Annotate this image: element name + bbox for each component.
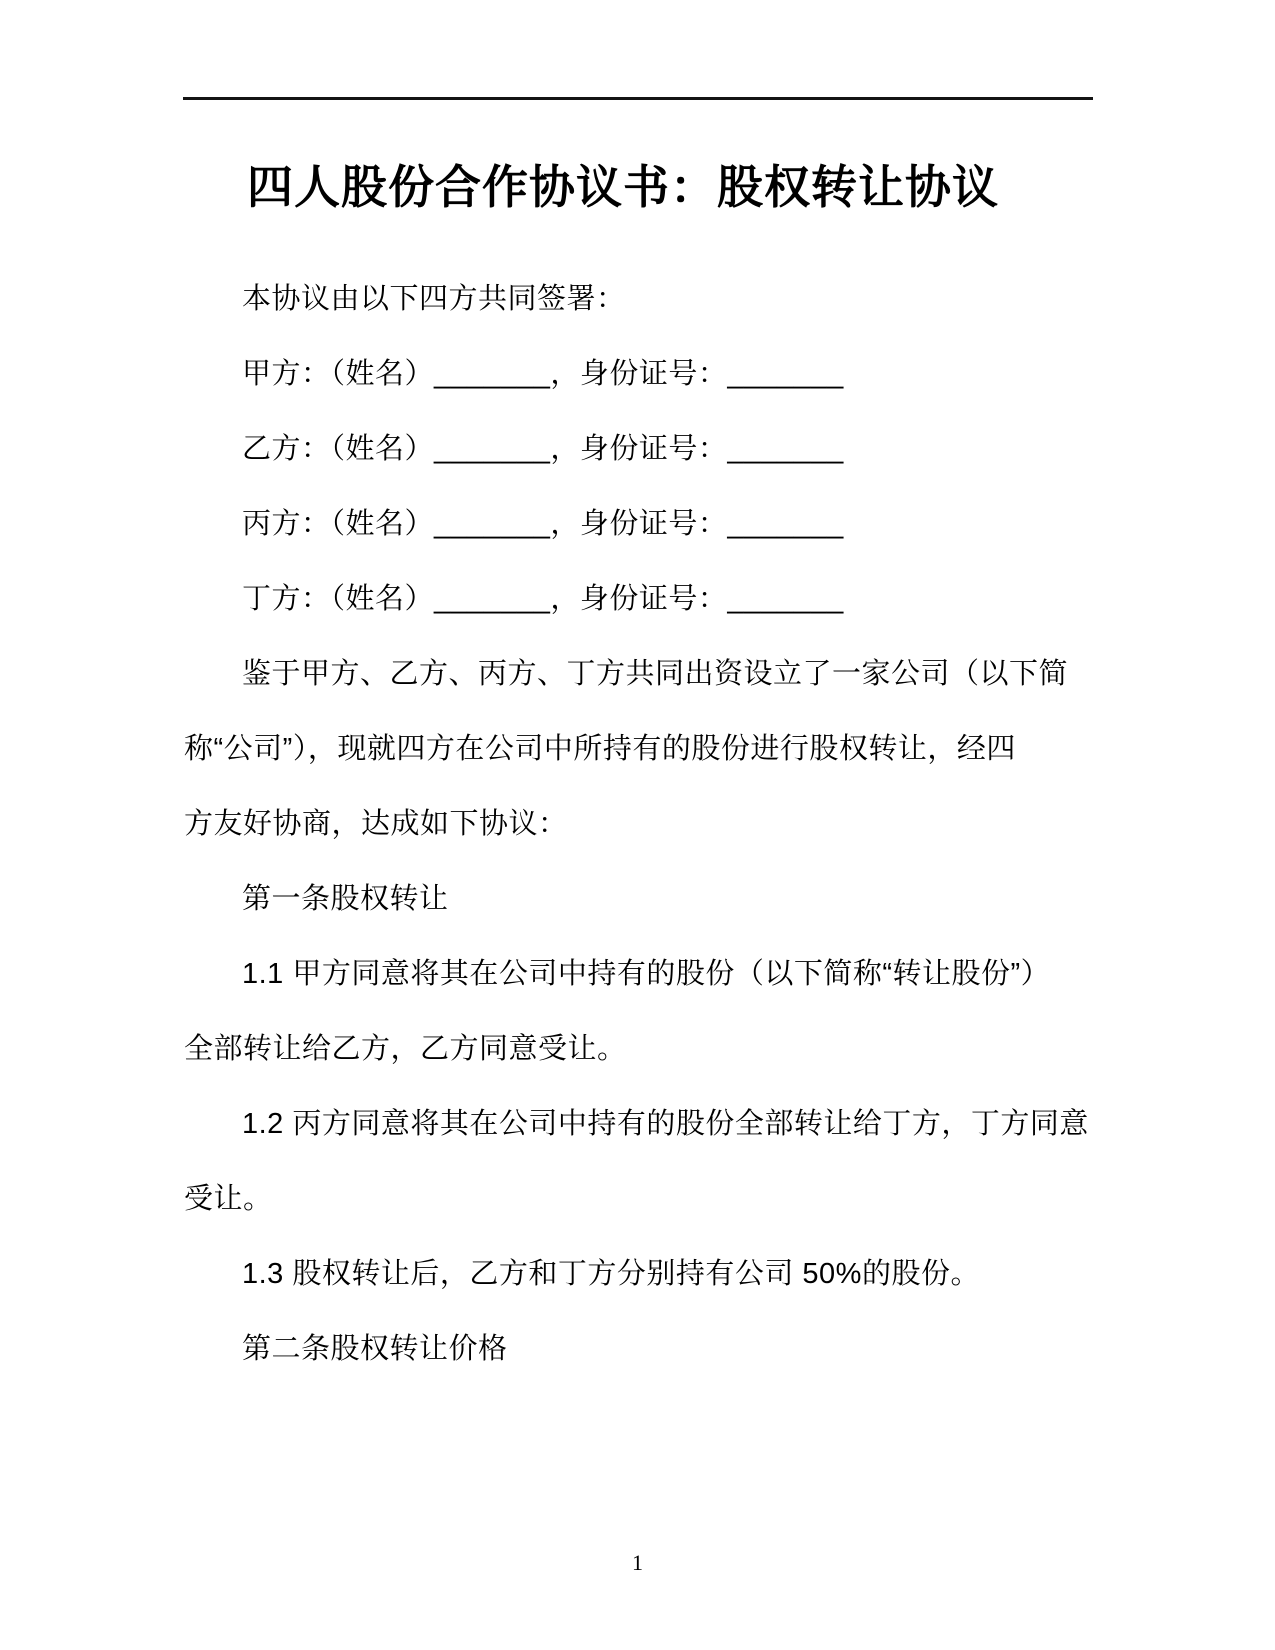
document-line: 受让。	[184, 1162, 1062, 1237]
document-line: 1.3 股权转让后，乙方和丁方分别持有公司 50%的股份。	[184, 1237, 1062, 1312]
document-line: 丁方：（姓名）_______，身份证号：_______	[184, 562, 1062, 637]
document-line: 称“公司”），现就四方在公司中所持有的股份进行股权转让，经四	[184, 712, 1062, 787]
document-line: 丙方：（姓名）_______，身份证号：_______	[184, 487, 1062, 562]
document-line: 第一条股权转让	[184, 862, 1062, 937]
document-line: 1.1 甲方同意将其在公司中持有的股份（以下简称“转让股份”）	[184, 937, 1062, 1012]
document-line: 第二条股权转让价格	[184, 1312, 1062, 1387]
document-line: 乙方：（姓名）_______，身份证号：_______	[184, 412, 1062, 487]
document-line: 本协议由以下四方共同签署：	[184, 262, 1062, 337]
document-line: 鉴于甲方、乙方、丙方、丁方共同出资设立了一家公司（以下简	[184, 637, 1062, 712]
document-line: 甲方：（姓名）_______，身份证号：_______	[184, 337, 1062, 412]
document-body: 本协议由以下四方共同签署：甲方：（姓名）_______，身份证号：_______…	[184, 262, 1062, 1387]
text-column: 四人股份合作协议书：股权转让协议 本协议由以下四方共同签署：甲方：（姓名）___…	[184, 0, 1062, 1387]
document-line: 全部转让给乙方，乙方同意受让。	[184, 1012, 1062, 1087]
document-line: 1.2 丙方同意将其在公司中持有的股份全部转让给丁方，丁方同意	[184, 1087, 1062, 1162]
document-title: 四人股份合作协议书：股权转让协议	[184, 160, 1062, 214]
page-number: 1	[0, 1550, 1275, 1576]
document-line: 方友好协商，达成如下协议：	[184, 787, 1062, 862]
document-page: 四人股份合作协议书：股权转让协议 本协议由以下四方共同签署：甲方：（姓名）___…	[0, 0, 1275, 1650]
